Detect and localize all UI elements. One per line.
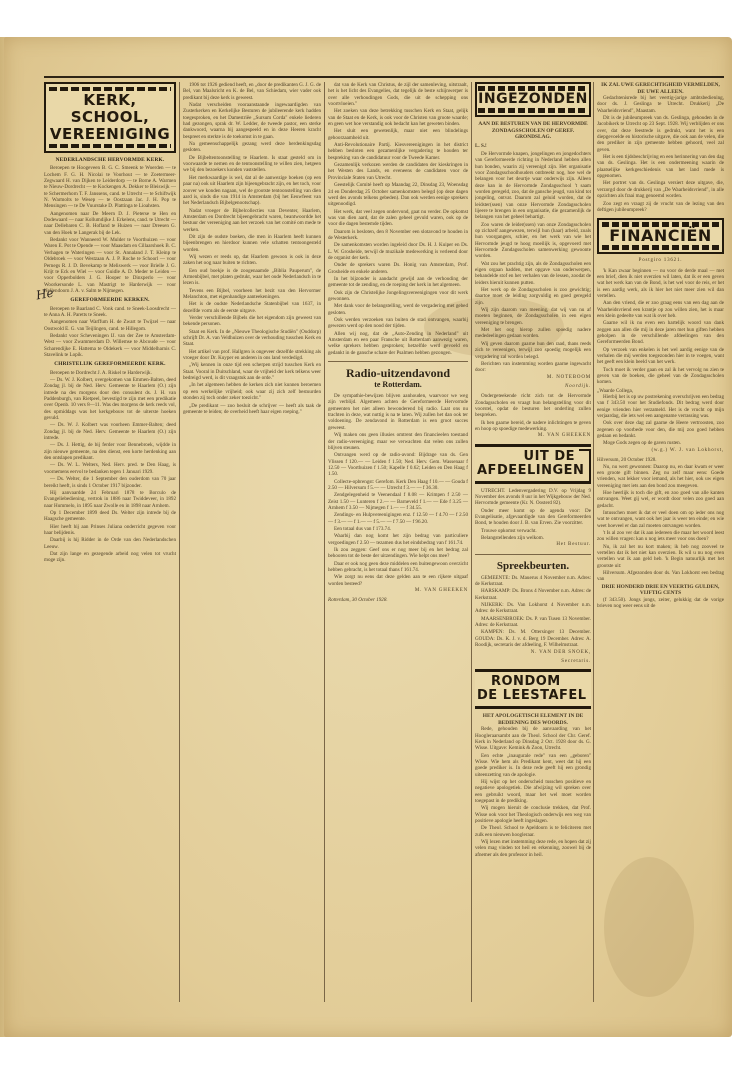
radio-paragraph: Ik zou zeggen: Geef ons er nog meer bij … [328,547,468,560]
article-paragraph: Het werk, dat veel zegen ondervond, gaat… [328,209,468,228]
closing-paragraph: Intusschen moet ik dat er veel doen om o… [597,510,724,529]
masthead-rondom-de-leestafel: RONDOM DE LEESTAFEL [475,669,591,709]
section-heading: NEDERLANDSCHE HERVORMDE KERK. [44,157,176,163]
article-paragraph: Een oud boekje is de zoogenaamde „Biblia… [183,268,321,287]
article-paragraph: „Wij kennen in onze tijd een scherpen st… [183,362,321,381]
news-item: Daarbij is hij Ridder in de Orde van den… [44,537,176,550]
afdeelingen-paragraph: Trouwe opkomst verwacht. [475,528,591,534]
article-paragraph: 1906 tot 1926 gediend heeft, en „door de… [183,82,321,101]
article-paragraph: dat van de Kerk van Christus, de zijl de… [328,82,468,107]
masthead-bars [49,144,171,148]
radio-paragraph: De sympathie-bewijzen blijven aanhouden,… [328,393,468,431]
column-ingezonden: INGEZONDEN AAN DE BESTUREN VAN DE HERVOR… [475,82,591,859]
column-kerk-school: KERK, SCHOOL, VEREENIGING NEDERLANDSCHE … [44,82,176,565]
letter-body: De Hervormde knapen, jongelingen en jong… [475,151,591,374]
financien-paragraph: 'k Kan zwaar beginnen — nu voor de derde… [597,268,724,300]
column-financien: IK ZAL UWE GERECHTIGHEID VERMELDEN, DE U… [597,82,724,610]
masthead-financien: FINANCIËN [597,218,724,254]
news-item: Aangenomen naar Warffum H. de Zwart te T… [44,319,176,332]
masthead-kerk-school-vereeniging: KERK, SCHOOL, VEREENIGING [44,82,176,153]
masthead-line: AFDEELINGEN [477,464,589,478]
letter-body: Hierbij het is op uw postrekening oversc… [597,394,724,447]
letter-paragraph: Wij geven daarom gaarne hun den raad, th… [475,341,591,360]
article-paragraph: „De predikant — zoo besluit de schrijver… [183,403,321,416]
total-after: (f 343.50). Jongs jongs, zeiter, gelukki… [597,597,724,610]
salutation: L. S.! [475,143,591,149]
article-paragraph: In het bijzonder is aandacht gewijd aan … [328,276,468,289]
total-intro: Hilversum. Afgezonden door ds. Van Lokho… [597,570,724,583]
column-continued-article: 1906 tot 1926 gediend heeft, en „door de… [183,82,321,416]
article-paragraph: Allen wij nog, dat de „Auto-Zending in N… [328,331,468,356]
radio-article-body: De sympathie-bewijzen blijven aanhouden,… [328,393,468,587]
spreekbeurten-signature: N. VAN DER SNOEK, [475,650,591,656]
column-rule [324,82,325,1002]
afdeelingen-paragraph: Onder meer komt op de agenda voor: De Ev… [475,508,591,527]
news-item: Aangenomen naar De Meern D. J. Pieterse … [44,211,176,236]
closing-paragraph: Nu, ik zal het nu kort maken; ik heb nog… [597,544,724,569]
column-rule [179,82,180,1002]
radio-signature: M. VAN GHEEKEN [328,588,468,594]
spreekbeurten-title: Spreekbeurten. [475,560,591,573]
closing-paragraph: 't Is al zoo ver dat ik aan iedereen die… [597,530,724,543]
column-kerk-staat: dat van de Kerk van Christus, de zijl de… [328,82,468,604]
article-paragraph: Geestelijk Comité heeft op Maandag 22, D… [328,182,468,207]
church-news-sections: NEDERLANDSCHE HERVORMDE KERK.Beroepen te… [44,157,176,564]
news-item: Bedankt voor Scheveningen IJ. van der Ze… [44,333,176,358]
financien-closing: Nu, nu wert gewonnen: Daarop nu, en daar… [597,464,724,570]
masthead-line: KERK, SCHOOL, [49,92,171,126]
review-paragraph: De Theol. School te Apeldoorn is te feli… [475,825,591,838]
review-paragraph: Wij mogen hieruit de conclusie trekken, … [475,805,591,824]
article-paragraph: Verder verschillende Bijbels die het eig… [183,315,321,328]
notice-signature: M. VAN GHEEKEN [475,433,591,439]
letter-paragraph: Moge Gods zegen op de gaven rusten. [597,440,724,446]
letter-paragraph: Ook over deze dag zal gaarne de Heere ve… [597,420,724,439]
radio-paragraph: Een totaal dus van f 173.74. [328,526,468,532]
masthead-checker [478,108,588,113]
radio-paragraph: Ontvangen werd op de radio-avond: Bijdra… [328,452,468,477]
newspaper-content: KERK, SCHOOL, VEREENIGING NEDERLANDSCHE … [44,76,724,1036]
spreekbeurt-item: KAMPEN: Ds. M. Ottersinger 13 December. … [475,629,591,648]
radio-paragraph: Wie zorgt nu eens dat deze gelden aan te… [328,574,468,587]
column-rule [471,82,472,1002]
afdeelingen-signature: Het Bestuur. [475,542,591,548]
article-paragraph: De samenkomsten worden ingeleid door Ds.… [328,242,468,261]
article-paragraph: Wij wezen er reeds op, dat Haarlem gewoo… [183,254,321,267]
article-paragraph: Het merkwaardige is wel, dat al de aanwe… [183,175,321,207]
news-item: Beroepen te Dordrecht J. A. Riskel te Ha… [44,370,176,376]
review-body: Gedachtenisrede bij het veertig-jarige a… [597,95,724,213]
letter-paragraph: De Hervormde knapen, jongelingen en jong… [475,151,591,221]
news-item: Dat zijn lange en gezegende arbeid nog v… [44,551,176,564]
article-paragraph: Het artikel van prof. Hallgren is ongeve… [183,349,321,362]
afdeelingen-paragraph: UTRECHT. Ledenvergadering D.V. op Vrijda… [475,488,591,507]
review-body: Rede, gehouden bij de aanvaarding van he… [475,726,591,858]
masthead-bracket [579,449,591,483]
article-paragraph: Ook zijn de Christelijke Jongelingsveree… [328,290,468,303]
notice-body: Ondergeteekende richt zich tot de Hervor… [475,393,591,432]
financien-paragraph: Gaarne wil ik nu even een hartelijk woor… [597,320,724,345]
radio-paragraph: Zendings- en Hulpvereenigingen enz. f 12… [328,512,468,525]
masthead-line: UIT DE [477,450,589,464]
handwritten-mark: He [35,286,55,303]
radio-article-title: Radio-uitzendavond [328,367,468,380]
review-paragraph: Het is een tijdsbeschrijving en een heri… [597,154,724,179]
masthead-checker [602,245,719,250]
news-item: Hier heeft hij aan Prinses Juliana onder… [44,524,176,537]
letter-paragraph: Zoo waren de leider(ssen) van onze Zonda… [475,222,591,260]
masthead-ingezonden: INGEZONDEN [475,82,591,117]
article-paragraph: Ook werden verzoeken van buiten de stad … [328,317,468,330]
masthead-line: RONDOM [477,675,589,689]
article-body: dat van de Kerk van Christus, de zijl de… [328,82,468,356]
news-item: — Ds. W. J. Kolbert, overgekomen van Emm… [44,377,176,421]
section-divider [328,361,468,362]
article-paragraph: Het sluit een gewetenlijk, maar niet een… [328,128,468,141]
total-amount: DRIE HONDERD DRIE EN VEERTIG GULDEN, VIJ… [597,584,724,597]
address-heading: AAN DE BESTUREN VAN DE HERVORMDE ZONDAGS… [475,121,591,141]
top-rule [44,76,724,78]
section-heading: GEREFORMEERDE KERKEN. [44,297,176,303]
article-paragraph: Met dank voor de belangstelling, werd de… [328,303,468,316]
article-paragraph: Het is de oudste Nederlandsche Statenbij… [183,301,321,314]
column-rule [593,82,594,1002]
section-divider [475,554,591,555]
spreekbeurten-list: GEMEENTE: Ds. Mauerus 4 November n.m. Ad… [475,575,591,649]
news-item: Beroepen te Hoogeveen B. G. C. Smeenk te… [44,165,176,209]
afdeelingen-paragraph: Belangstellenden zijn welkom. [475,535,591,541]
postgiro-number: Postgiro 13621. [597,258,724,264]
news-item: Bedankt voor Wanneerd W. Mulder te Voort… [44,237,176,294]
radio-dateline: Rotterdam, 30 October 1928. [328,597,468,603]
signature-name: M. NOTEBOOM [475,375,591,381]
review-paragraph: Het portret van ds. Geslinga versiert de… [597,180,724,199]
article-paragraph: Gezamenlijk verkozen werden de candidate… [328,162,468,181]
review-paragraph: Zoo zegt en vraagt zij de vrucht van de … [597,201,724,214]
spreekbeurt-item: GEMEENTE: Ds. Mauerus 4 November n.m. Ad… [475,575,591,588]
financien-paragraph: Aan den vriend, die er zoo graag eens va… [597,300,724,319]
review-paragraph: Gedachtenisrede bij het veertig-jarige a… [597,95,724,114]
financien-paragraph: Toch moet ik verder gaan en zal ik het v… [597,367,724,386]
closing-paragraph: Nu, nu wert gewonnen: Daarop nu, en daar… [597,464,724,489]
spreekbeurt-item: NIJKERK: Ds. Van Lokhorst 4 November n.m… [475,602,591,615]
afdeelingen-body: UTRECHT. Ledenvergadering D.V. op Vrijda… [475,488,591,542]
quote-heading: IK ZAL UWE GERECHTIGHEID VERMELDEN, DE U… [597,82,724,95]
section-heading: CHRISTELIJK GEREFORMEERDE KERK. [44,361,176,367]
radio-paragraph: Collecte-opbrengst: Gerefom. Kerk Den Ha… [328,479,468,492]
spreekbeurt-item: MAARSENBROEK: Ds. P. van Tusen 13 Novemb… [475,616,591,629]
news-item: Hij aanvaardde 24 Februari 1878 te Borcu… [44,490,176,509]
news-item: — Ds. J. Hettig, de bij ferder voor Benn… [44,442,176,461]
article-paragraph: Na gemeenschappelijk gezang werd deze he… [183,141,321,154]
article-paragraph: Nadat vroeger de Bijbelcollecties van De… [183,208,321,233]
letter-paragraph: Hierbij het is op uw postrekening oversc… [597,394,724,419]
article-paragraph: Daarom is besloten, den 8 November een s… [328,229,468,242]
news-item: Op 1 December 1899 deed Ds. Welter zijn … [44,510,176,523]
article-paragraph: Dit zijn de oudste boeken, die men in Ha… [183,234,321,253]
review-paragraph: Wij lezen met instemming deze rede, en h… [475,839,591,858]
letter-paragraph: Wat zou het prachtig zijn, als de Zondag… [475,261,591,286]
letter-signature: (w.g.) W. J. van Lokhorst, [597,448,724,454]
notice-paragraph: Ik ben gaarne bereid, de nadere inlichti… [475,420,591,433]
news-item: Beroepen te Baarland C. Vonk cand. te Sn… [44,306,176,319]
financien-paragraph: Op verzoek van enkelen is het wel aardig… [597,347,724,366]
radio-paragraph: Waarbij dan nog komt het zijn bedrag van… [328,533,468,546]
article-paragraph: Het zoeken van deze betrekking tusschen … [328,108,468,127]
closing-paragraph: Hoe heerlijk is toch die gift, en zoo go… [597,490,724,509]
review-paragraph: Rede, gehouden bij de aanvaarding van he… [475,726,591,751]
article-body: 1906 tot 1926 gediend heeft, en „door de… [183,82,321,415]
article-paragraph: Anti-Revolutionaire Partij. Kiesvereenig… [328,142,468,161]
spreekbeurten-role: Secretaris. [475,659,591,665]
article-paragraph: De Bijbeltentoonstelling te Haarlem. Is … [183,155,321,174]
review-paragraph: Dit is de jubileumpreek van ds. Geslinga… [597,115,724,153]
financien-body: 'k Kan zwaar beginnen — nu voor de derde… [597,268,724,386]
radio-article-subtitle: te Rotterdam. [328,380,468,390]
letter-paragraph: Het werk op de Zondagsscholen is zoo gew… [475,287,591,306]
radio-paragraph: Zendgelegenheid te Veenendaal f 8.08 — K… [328,492,468,511]
letter-paragraph: Wij zijn daarom van meening, dat wij van… [475,307,591,326]
notice-paragraph: Ondergeteekende richt zich tot de Hervor… [475,393,591,418]
masthead-line: VEREENIGING [49,126,171,143]
review-paragraph: Hij wijst op het onderscheid tusschen po… [475,779,591,804]
review-title: HET APOLOGETISCH ELEMENT IN DE BEDIENING… [475,713,591,726]
letter-paragraph: Met het oog hierop zullen spoedig nadere… [475,327,591,340]
news-item: — Ds. W. J. Kolbert was voorheen Emmer-B… [44,422,176,441]
masthead-uit-de-afdeelingen: UIT DE AFDEELINGEN [475,444,591,484]
news-item: — Ds. W. L. Welters, Ned. Herv. pred. te… [44,462,176,475]
article-paragraph: Staat en Kerk. In de „Nieuwe Theologisch… [183,329,321,348]
news-item: — Ds. Welter, die 1 September den ouderd… [44,476,176,489]
article-paragraph: Onder de sprekers waren Ds. Honig van Am… [328,262,468,275]
article-paragraph: „In het algemeen hebben de kerken zich n… [183,382,321,401]
signature-place: Noordijk. [475,384,591,390]
article-paragraph: Tevens een Bijbel, voorheen het bezit va… [183,288,321,301]
radio-paragraph: Daar er ook nog geen deze middelen een b… [328,561,468,574]
review-paragraph: Een echte „inaugurale rede" van een „geb… [475,753,591,778]
spreekbeurt-item: HARSKAMP: Ds. Brons 4 November n.m. Adre… [475,588,591,601]
masthead-line: FINANCIËN [602,227,719,245]
letter-paragraph: Berichten van instemming worden gaarne i… [475,361,591,374]
masthead-line: INGEZONDEN [478,91,588,108]
article-paragraph: Nadat verscheiden vooraanstaande ingewaa… [183,102,321,140]
masthead-line: DE LEESTAFEL [477,689,589,703]
radio-paragraph: Wij maken ons geen illusies omtrent den … [328,432,468,451]
